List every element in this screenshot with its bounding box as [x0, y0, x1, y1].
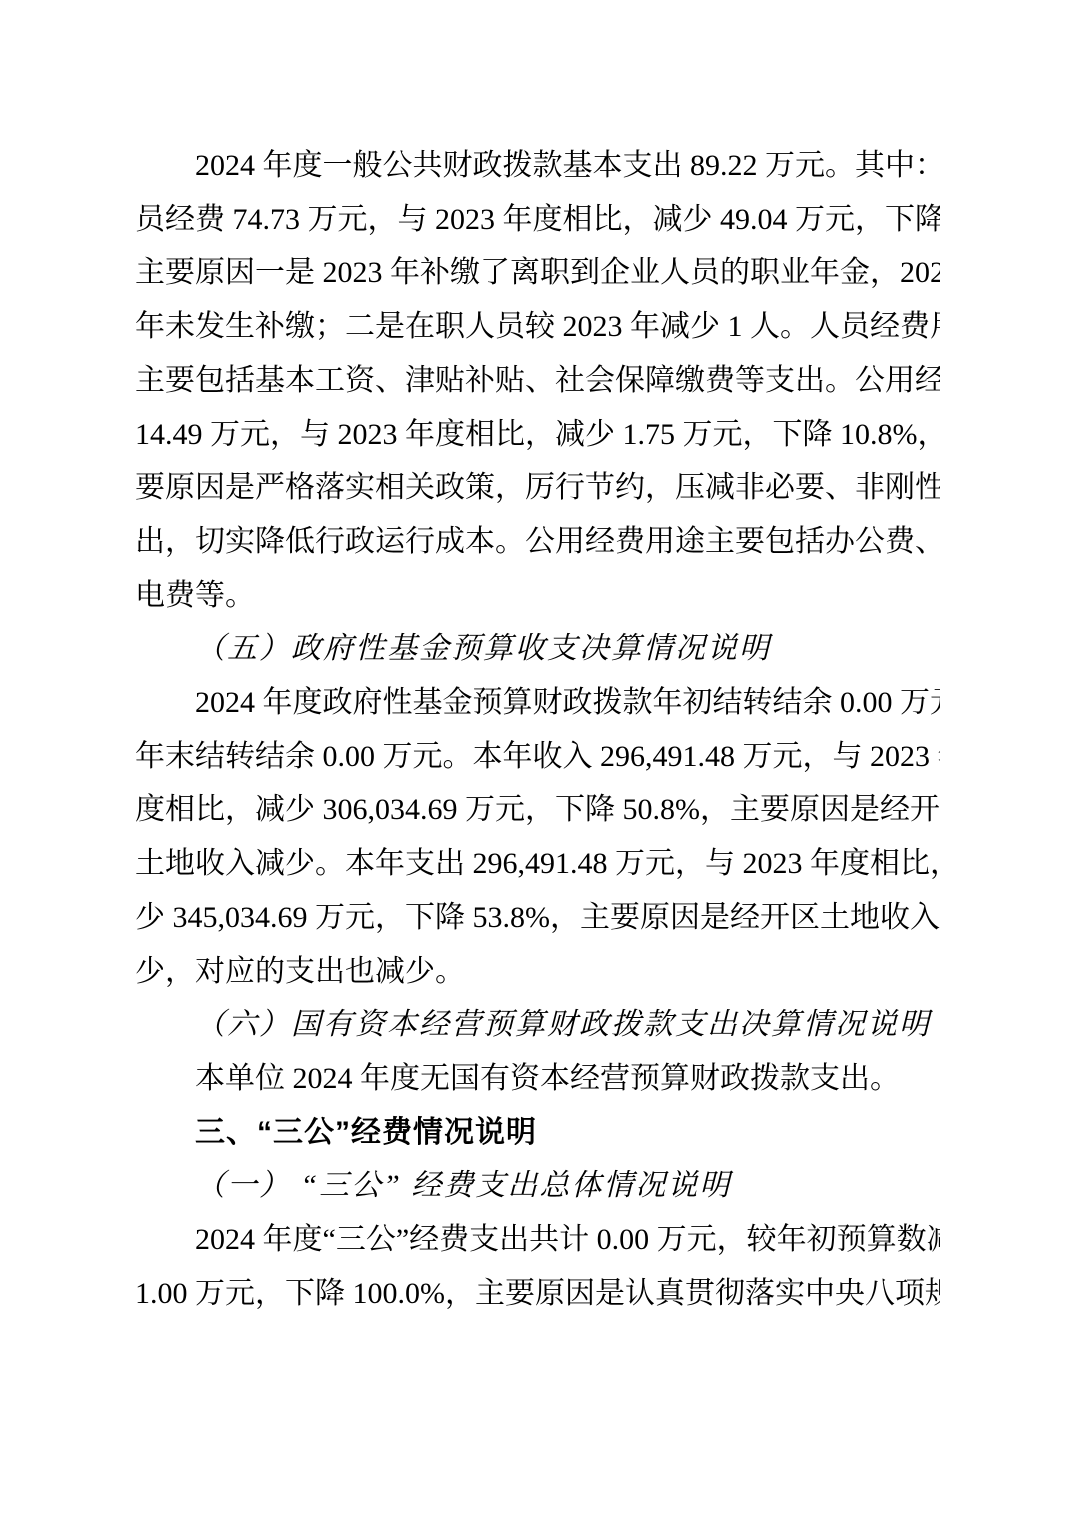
- para-state-capital-no-expenditure-line-1: 本单位 2024 年度无国有资本经营预算财政拨款支出。: [135, 1052, 940, 1106]
- para-general-public-budget-basic-expenditure-line-7: 要原因是严格落实相关政策，厉行节约，压减非必要、非刚性支: [135, 461, 940, 515]
- para-govt-fund-budget-details-line-4: 土地收入减少。本年支出 296,491.48 万元，与 2023 年度相比，减: [135, 837, 940, 891]
- para-state-capital-no-expenditure: 本单位 2024 年度无国有资本经营预算财政拨款支出。: [135, 1052, 940, 1106]
- document-page: 2024 年度一般公共财政拨款基本支出 89.22 万元。其中：人员经费 74.…: [0, 0, 1075, 1520]
- heading-subsection-1-three-public-overall-line-1: （一） “三公” 经费支出总体情况说明: [135, 1159, 940, 1213]
- para-govt-fund-budget-details-line-1: 2024 年度政府性基金预算财政拨款年初结转结余 0.00 万元，: [135, 676, 940, 730]
- para-govt-fund-budget-details-line-6: 少，对应的支出也减少。: [135, 945, 940, 999]
- para-three-public-total-expenditure-line-1: 2024 年度“三公”经费支出共计 0.00 万元，较年初预算数减少: [135, 1213, 940, 1267]
- para-three-public-total-expenditure-line-2: 1.00 万元，下降 100.0%，主要原因是认真贯彻落实中央八项规定: [135, 1267, 940, 1321]
- para-general-public-budget-basic-expenditure-line-3: 主要原因一是 2023 年补缴了离职到企业人员的职业年金，2024: [135, 246, 940, 300]
- para-govt-fund-budget-details-line-5: 少 345,034.69 万元，下降 53.8%，主要原因是经开区土地收入减: [135, 891, 940, 945]
- para-general-public-budget-basic-expenditure-line-5: 主要包括基本工资、津贴补贴、社会保障缴费等支出。公用经费: [135, 354, 940, 408]
- para-govt-fund-budget-details-line-3: 度相比，减少 306,034.69 万元，下降 50.8%，主要原因是经开区: [135, 783, 940, 837]
- para-general-public-budget-basic-expenditure-line-9: 电费等。: [135, 569, 940, 623]
- heading-chapter-3-three-public-funds: 三、“三公”经费情况说明: [135, 1106, 940, 1160]
- para-general-public-budget-basic-expenditure-line-6: 14.49 万元，与 2023 年度相比，减少 1.75 万元，下降 10.8%…: [135, 408, 940, 462]
- heading-subsection-1-three-public-overall: （一） “三公” 经费支出总体情况说明: [135, 1159, 940, 1213]
- heading-section-5-govt-fund-budget-line-1: （五）政府性基金预算收支决算情况说明: [135, 622, 940, 676]
- para-govt-fund-budget-details-line-2: 年末结转结余 0.00 万元。本年收入 296,491.48 万元，与 2023…: [135, 730, 940, 784]
- heading-chapter-3-three-public-funds-line-1: 三、“三公”经费情况说明: [135, 1106, 940, 1160]
- para-govt-fund-budget-details: 2024 年度政府性基金预算财政拨款年初结转结余 0.00 万元，年末结转结余 …: [135, 676, 940, 998]
- para-general-public-budget-basic-expenditure-line-4: 年未发生补缴；二是在职人员较 2023 年减少 1 人。人员经费用途: [135, 300, 940, 354]
- para-general-public-budget-basic-expenditure-line-1: 2024 年度一般公共财政拨款基本支出 89.22 万元。其中：人: [135, 139, 940, 193]
- heading-section-6-state-capital-budget: （六）国有资本经营预算财政拨款支出决算情况说明: [135, 998, 940, 1052]
- para-three-public-total-expenditure: 2024 年度“三公”经费支出共计 0.00 万元，较年初预算数减少1.00 万…: [135, 1213, 940, 1320]
- heading-section-5-govt-fund-budget: （五）政府性基金预算收支决算情况说明: [135, 622, 940, 676]
- para-general-public-budget-basic-expenditure: 2024 年度一般公共财政拨款基本支出 89.22 万元。其中：人员经费 74.…: [135, 139, 940, 622]
- para-general-public-budget-basic-expenditure-line-8: 出，切实降低行政运行成本。公用经费用途主要包括办公费、邮: [135, 515, 940, 569]
- para-general-public-budget-basic-expenditure-line-2: 员经费 74.73 万元，与 2023 年度相比，减少 49.04 万元，下降 …: [135, 193, 940, 247]
- document-text-area: 2024 年度一般公共财政拨款基本支出 89.22 万元。其中：人员经费 74.…: [135, 139, 940, 1320]
- heading-section-6-state-capital-budget-line-1: （六）国有资本经营预算财政拨款支出决算情况说明: [135, 998, 940, 1052]
